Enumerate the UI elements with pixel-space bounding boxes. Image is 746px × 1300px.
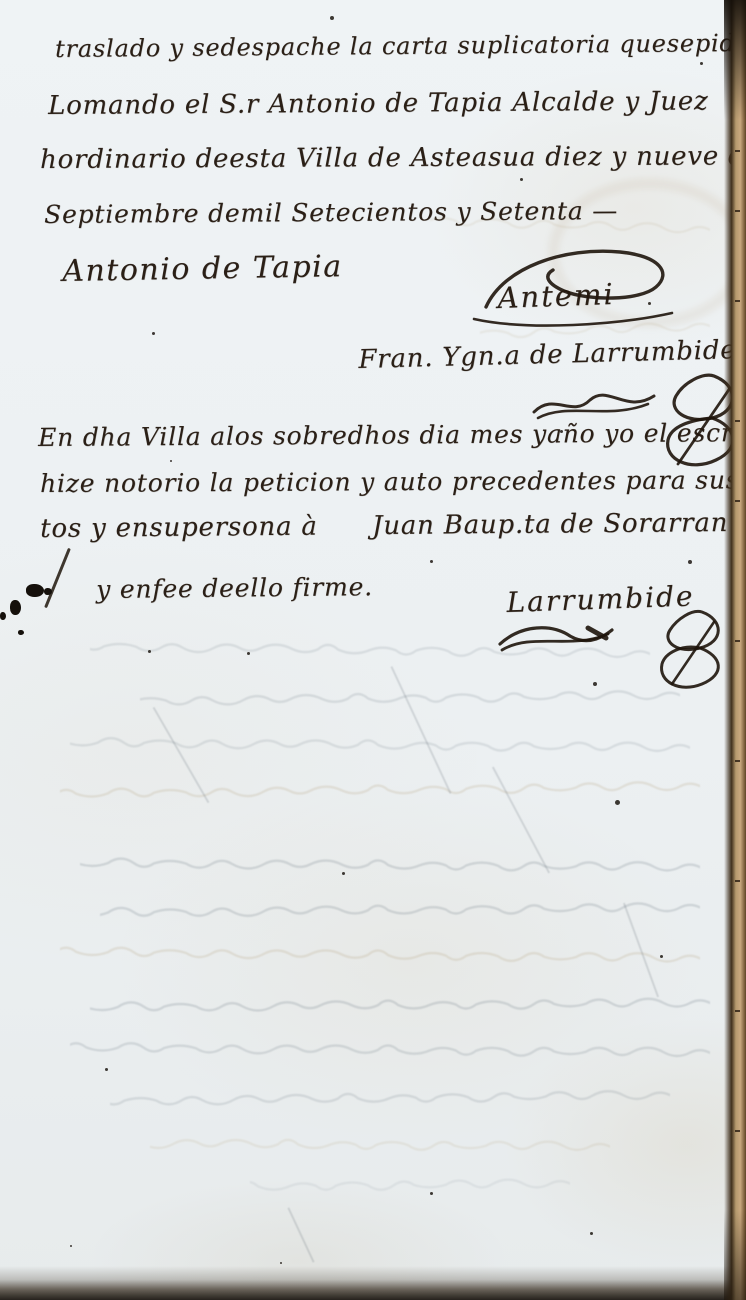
ink-speck [648,302,651,305]
diligence-line-3: tos y ensupersona à Juan Baup.ta de Sora… [40,509,728,544]
adjacent-page-text-mark [735,150,740,152]
final-underline-rubric-icon [492,618,620,658]
adjacent-page-text-mark [735,300,740,302]
adjacent-page-text-mark [735,500,740,502]
ink-speck [615,800,620,805]
manuscript-line-3: hordinario deesta Villa de Asteasua diez… [40,142,746,174]
margin-slash-mark [44,548,71,608]
ink-speck [430,560,433,563]
bleedthrough-line [110,1085,670,1113]
ink-speck [280,1262,282,1264]
bleedthrough-line [100,897,700,924]
manuscript-line-4: Septiembre demil Setecientos y Setenta — [44,197,618,229]
ink-speck [660,955,663,958]
bleedthrough-streak [623,903,659,998]
bleedthrough-line [60,776,700,806]
adjacent-page-text-mark [735,1010,740,1012]
ink-speck [520,178,523,181]
ink-blot [18,630,24,635]
ink-blot [26,584,44,597]
bleedthrough-line [60,942,700,971]
diligence-line-2: hize notorio la peticion y auto preceden… [40,466,746,497]
bleedthrough-line [80,853,700,879]
final-paraph-rubric-icon [644,606,732,692]
diligence-line-1: En dha Villa alos sobredhos dia mes yaño… [38,419,746,452]
adjacent-page-text-mark [735,640,740,642]
ink-blot [44,588,52,595]
ink-speck [148,650,151,653]
ink-speck [105,1068,108,1071]
ink-speck [70,1245,72,1247]
ink-speck [95,105,97,107]
ink-speck [247,652,250,655]
ink-blot [0,612,6,620]
bleedthrough-line [70,1037,710,1065]
bleedthrough-line [250,1174,570,1199]
manuscript-page: traslado y sedespache la carta suplicato… [0,0,746,1300]
ink-speck [170,460,172,462]
ink-speck [590,1232,593,1235]
bleedthrough-line [90,993,710,1019]
signature-antonio-tapia: Antonio de Tapia [62,250,343,288]
bleedthrough-line [70,732,690,759]
page-edge-right [724,0,746,1300]
manuscript-line-1: traslado y sedespache la carta suplicato… [55,30,746,62]
bleedthrough-streak [287,1207,314,1262]
closing-line: y enfee deello firme. [96,573,373,603]
ink-speck [152,332,155,335]
adjacent-page-text-mark [735,420,740,422]
bleedthrough-streak [391,666,452,794]
adjacent-page-text-mark [735,760,740,762]
bleedthrough-line [150,1133,610,1158]
page-edge-bottom [0,1266,746,1300]
ink-speck [342,872,345,875]
bleedthrough-streak [492,767,550,874]
ink-speck [700,62,703,65]
ink-blot [10,600,21,615]
ink-speck [688,560,692,564]
ink-speck [330,16,334,20]
adjacent-page-text-mark [735,210,740,212]
adjacent-page-text-mark [735,1130,740,1132]
attestation-ante-mi: Antemi [497,279,615,315]
adjacent-page-text-mark [735,880,740,882]
ink-speck [430,1192,433,1195]
ink-speck [593,682,597,686]
bleedthrough-streak [153,707,210,803]
ink-speck [560,430,563,433]
manuscript-line-2: Lomando el S.r Antonio de Tapia Alcalde … [48,87,709,120]
